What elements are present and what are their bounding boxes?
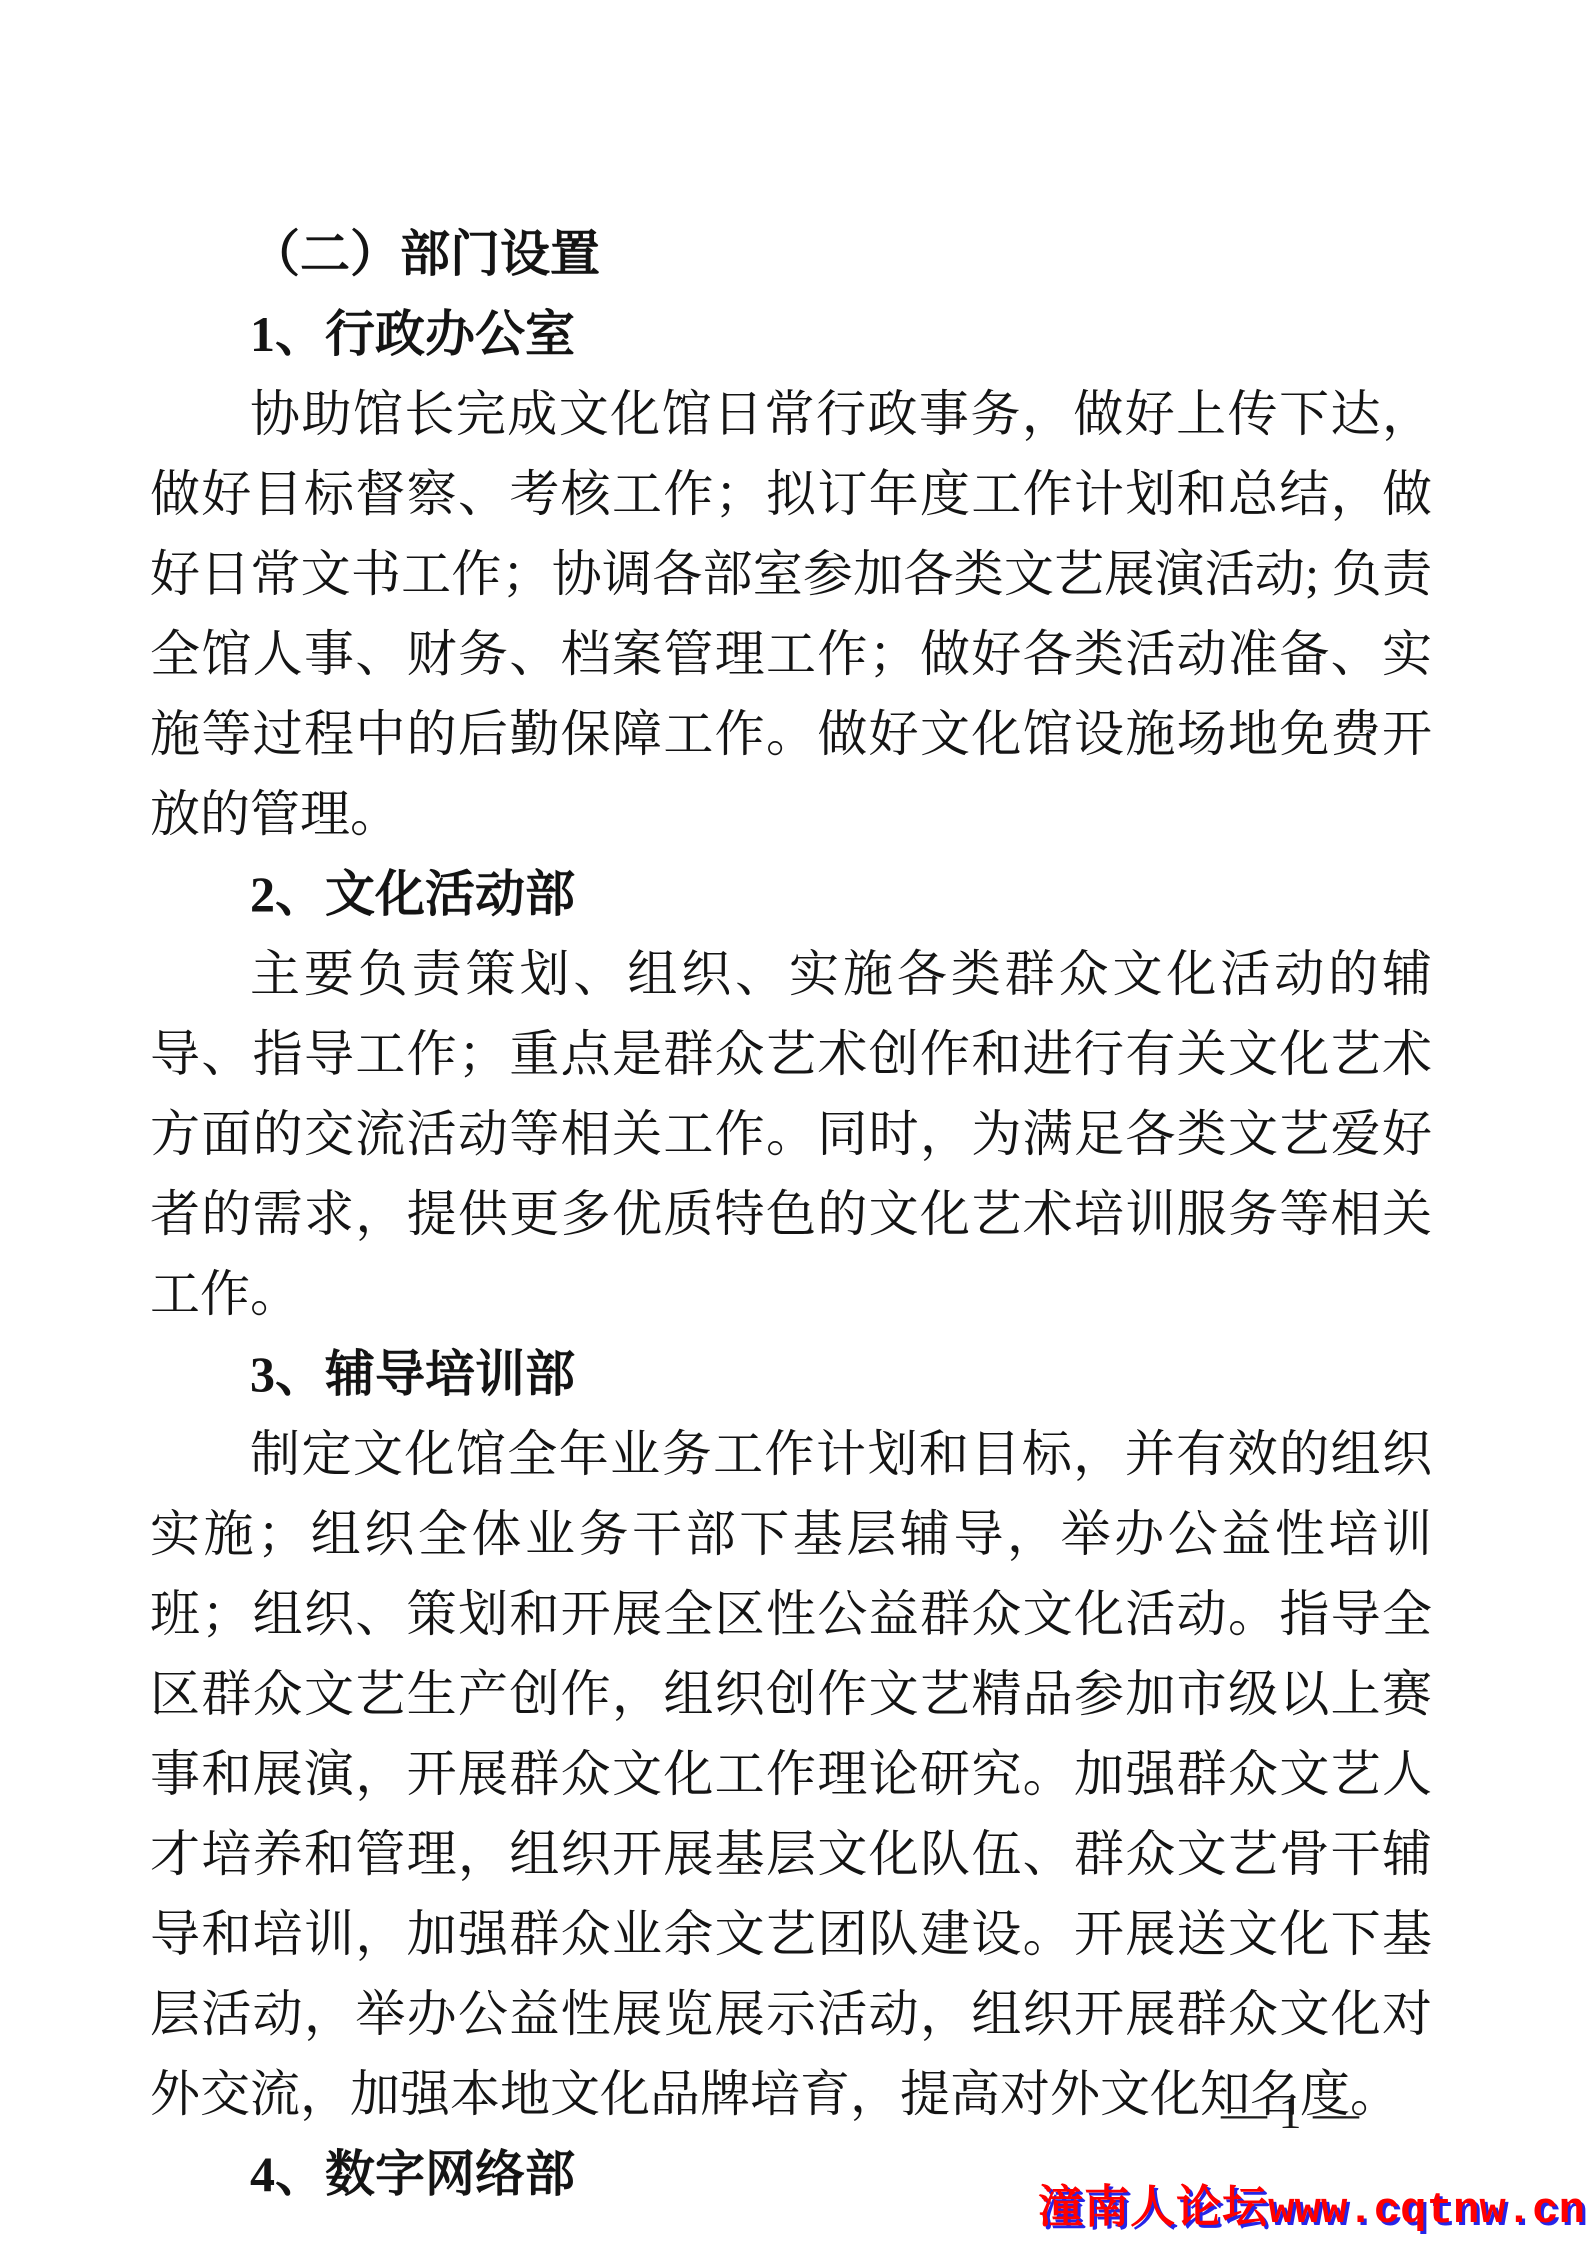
section-heading-training-dept: 3、辅导培训部 xyxy=(150,1334,1432,1414)
section-heading-admin-office: 1、行政办公室 xyxy=(150,294,1432,374)
section-paragraph-training-dept: 制定文化馆全年业务工作计划和目标，并有效的组织实施；组织全体业务干部下基层辅导，… xyxy=(150,1414,1432,2134)
section-heading-culture-dept: 2、文化活动部 xyxy=(150,854,1432,934)
section-heading-dept-setup: （二）部门设置 xyxy=(150,214,1432,294)
document-body: （二）部门设置 1、行政办公室 协助馆长完成文化馆日常行政事务，做好上传下达，做… xyxy=(150,214,1432,2214)
watermark-site-url: www.cqtnw.cn xyxy=(1268,2186,1585,2236)
watermark: 潼南人论坛www.cqtnw.cn xyxy=(1038,2184,1585,2233)
page-number: — 1 — xyxy=(1160,2086,1420,2139)
watermark-site-name: 潼南人论坛 xyxy=(1038,2181,1268,2232)
section-paragraph-culture-dept: 主要负责策划、组织、实施各类群众文化活动的辅导、指导工作；重点是群众艺术创作和进… xyxy=(150,934,1432,1334)
section-paragraph-admin-office: 协助馆长完成文化馆日常行政事务，做好上传下达，做好目标督察、考核工作；拟订年度工… xyxy=(150,374,1432,854)
